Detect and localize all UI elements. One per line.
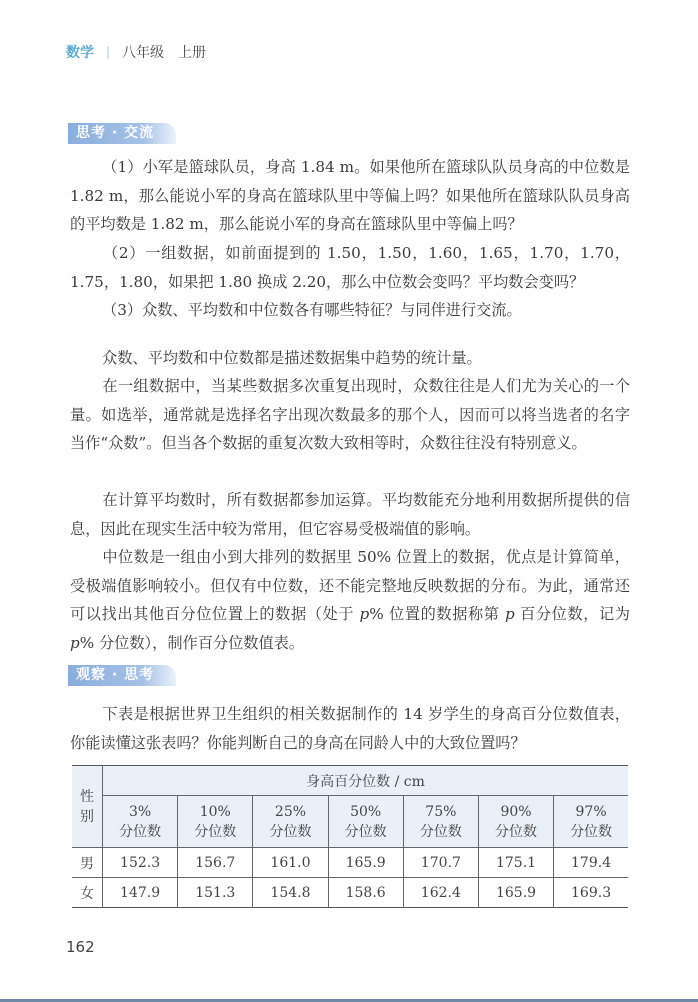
- column-header: 90%分位数: [478, 796, 553, 848]
- page-number: 162: [66, 938, 95, 956]
- value-cell: 169.3: [554, 878, 628, 908]
- volume-label: 上册: [178, 42, 206, 62]
- value-cell: 170.7: [403, 848, 478, 878]
- value-cell: 151.3: [178, 878, 253, 908]
- height-percentile-table: 性 别 身高百分位数 / cm 3%分位数 10%分位数 25%分位数 50%分…: [72, 765, 628, 908]
- question-2: （2）一组数据，如前面提到的 1.50，1.50，1.60，1.65，1.70，…: [70, 239, 630, 296]
- value-cell: 179.4: [554, 848, 628, 878]
- value-cell: 147.9: [103, 878, 178, 908]
- grade-label: 八年级: [122, 42, 164, 62]
- value-cell: 161.0: [253, 848, 328, 878]
- subject-label: 数学: [66, 42, 94, 62]
- value-cell: 165.9: [478, 878, 553, 908]
- value-cell: 165.9: [328, 848, 403, 878]
- body-paragraph-4: 中位数是一组由小到大排列的数据里 50% 位置上的数据，优点是计算简单，受极端值…: [70, 543, 630, 657]
- column-header: 97%分位数: [554, 796, 628, 848]
- gender-cell: 男: [72, 848, 103, 878]
- value-cell: 152.3: [103, 848, 178, 878]
- column-header: 3%分位数: [103, 796, 178, 848]
- percentile-group-header: 身高百分位数 / cm: [103, 766, 629, 796]
- header-separator: |: [106, 45, 110, 59]
- column-header: 25%分位数: [253, 796, 328, 848]
- gender-cell: 女: [72, 878, 103, 908]
- body-paragraph-1: 众数、平均数和中位数都是描述数据集中趋势的统计量。: [70, 344, 630, 373]
- section-tag-observe-think: 观察 · 思考: [68, 665, 176, 686]
- question-3: （3）众数、平均数和中位数各有哪些特征？与同伴进行交流。: [70, 296, 630, 325]
- value-cell: 175.1: [478, 848, 553, 878]
- body-paragraph-3: 在计算平均数时，所有数据都参加运算。平均数能充分地利用数据所提供的信息，因此在现…: [70, 486, 630, 543]
- gender-header: 性 别: [72, 766, 103, 848]
- column-header: 75%分位数: [403, 796, 478, 848]
- running-header: 数学 | 八年级 上册: [66, 42, 206, 62]
- section-tag-think-discuss: 思考 · 交流: [68, 123, 176, 144]
- body-paragraph-2: 在一组数据中，当某些数据多次重复出现时，众数往往是人们尤为关心的一个量。如选举，…: [70, 372, 630, 458]
- value-cell: 162.4: [403, 878, 478, 908]
- value-cell: 158.6: [328, 878, 403, 908]
- value-cell: 156.7: [178, 848, 253, 878]
- column-header: 10%分位数: [178, 796, 253, 848]
- table-row-male: 男 152.3 156.7 161.0 165.9 170.7 175.1 17…: [72, 848, 628, 878]
- column-header: 50%分位数: [328, 796, 403, 848]
- table-row-female: 女 147.9 151.3 154.8 158.6 162.4 165.9 16…: [72, 878, 628, 908]
- value-cell: 154.8: [253, 878, 328, 908]
- question-1: （1）小军是篮球队员，身高 1.84 m。如果他所在篮球队队员身高的中位数是 1…: [70, 153, 630, 239]
- table-intro: 下表是根据世界卫生组织的相关数据制作的 14 岁学生的身高百分位数值表，你能读懂…: [70, 700, 630, 757]
